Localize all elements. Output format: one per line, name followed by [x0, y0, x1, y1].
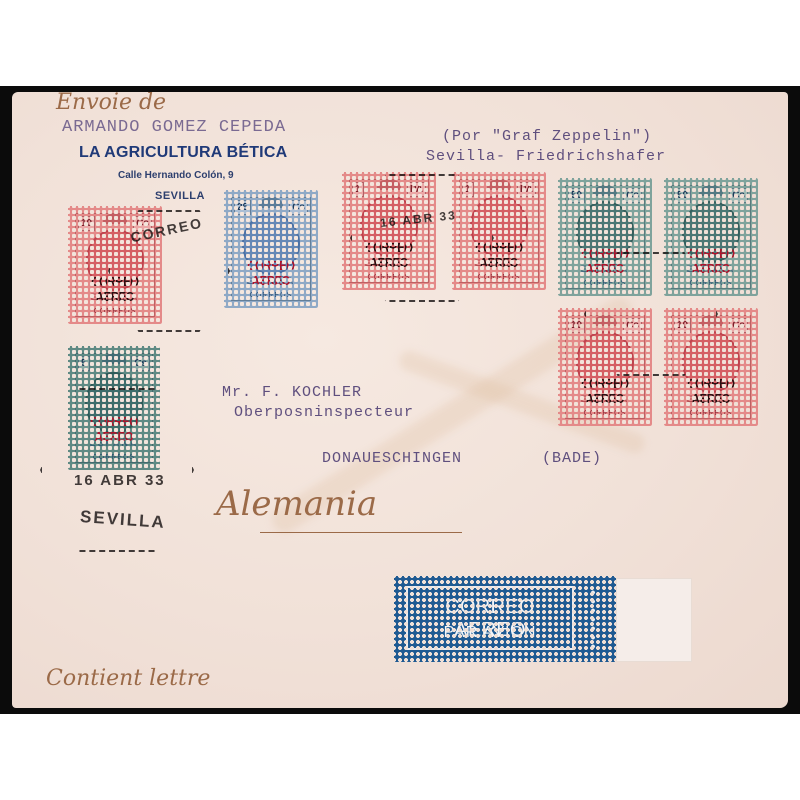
recipient-name: Mr. F. KOCHLER: [222, 384, 362, 401]
handwritten-country: Alemania: [216, 484, 377, 524]
stamp-label: CORREOS: [68, 454, 160, 461]
crown-icon: [103, 214, 127, 224]
stamp-unit: Cs: [729, 188, 748, 203]
crown-icon: [593, 186, 617, 196]
crown-icon: [699, 186, 723, 196]
crown-icon: [259, 198, 283, 208]
stamp-overprint: CORREO AEREO: [565, 376, 646, 406]
stamp-overprint: CORREO AEREO: [671, 246, 752, 276]
stamp-10c-red: 10 Cs ESPAÑA CORREOS CORREO AEREO: [68, 206, 162, 324]
stamp-value: 1: [462, 182, 474, 197]
stamp-overprint: CORREO AEREO: [671, 376, 752, 406]
stamp-overprint: CORREO AEREO: [75, 274, 156, 304]
handwritten-envoie-de: Envoie de: [56, 92, 166, 115]
stamp-value: 1: [352, 182, 364, 197]
sender-street: Calle Hernando Colón, 9: [118, 170, 234, 181]
stamp-value: 5: [78, 356, 90, 371]
crown-icon: [102, 354, 126, 364]
stamp-unit: PA: [517, 182, 536, 197]
stamp-value: 50: [568, 188, 585, 203]
recipient-title: Oberposninspecteur: [234, 404, 414, 421]
crown-icon: [487, 180, 511, 190]
sender-city: SEVILLA: [155, 190, 205, 202]
recipient-city: DONAUESCHINGEN: [322, 450, 462, 467]
stamp-50c-green: 50 Cs ESPAÑA CORREOS CORREO AEREO: [558, 178, 652, 296]
stamp-label: CORREOS: [342, 274, 436, 281]
stamp-value: 25: [234, 200, 251, 215]
stamp-value: 10: [568, 318, 585, 333]
route-line-2: Sevilla- Friedrichshafer: [426, 148, 666, 165]
postmark-city: SEVILLA: [79, 507, 166, 533]
stamp-value: 50: [674, 188, 691, 203]
stamp-label: CORREOS: [664, 280, 758, 287]
crown-icon: [699, 316, 723, 326]
airmail-label-frame: CORREO AEREO PAR AVION: [406, 586, 574, 650]
stamp-10c-red: 10 Cs ESPAÑA CORREOS CORREO AEREO: [558, 308, 652, 426]
stamp-overprint: CORREO AEREO: [565, 246, 646, 276]
airmail-label-line-2: PAR AVION: [408, 624, 572, 642]
stamp-unit: Cs: [131, 356, 150, 371]
stamp-5c-teal: 5 Cs ESPAÑA CORREOS CORREO AEREO: [68, 346, 160, 470]
crown-icon: [593, 316, 617, 326]
airmail-label: CORREO AEREO PAR AVION: [394, 576, 616, 662]
stamp-unit: Cs: [623, 318, 642, 333]
stamp-label: CORREOS: [68, 308, 162, 315]
stamp-label: CORREOS: [224, 292, 318, 299]
stamp-label: CORREOS: [664, 410, 758, 417]
stamp-value: 10: [78, 216, 95, 231]
stamp-label: CORREOS: [558, 280, 652, 287]
stamp-label: CORREOS: [452, 274, 546, 281]
stamp-unit: PA: [407, 182, 426, 197]
stamp-1pta-red: 1 PA ESPAÑA CORREOS CORREO AEREO: [342, 172, 436, 290]
stamp-value: 10: [674, 318, 691, 333]
stamp-overprint: CORREO AEREO: [459, 240, 540, 270]
crown-icon: [377, 180, 401, 190]
stamp-50c-green: 50 Cs ESPAÑA CORREOS CORREO AEREO: [664, 178, 758, 296]
stamp-overprint: CORREO AEREO: [231, 258, 312, 288]
handwritten-contient-lettre: Contient lettre: [46, 666, 210, 691]
perforation-dots: [591, 588, 595, 650]
stamp-unit: Cs: [729, 318, 748, 333]
stamp-unit: Cs: [623, 188, 642, 203]
postmark-date: 16 ABR 33: [74, 472, 166, 489]
stamp-25c-blue: 25 Cs ESPAÑA CORREOS CORREO AEREO: [224, 190, 318, 308]
recipient-region: (BADE): [542, 450, 602, 467]
stamp-overprint: CORREO AEREO: [349, 240, 430, 270]
country-underline: [260, 532, 462, 533]
label-selvage: [616, 578, 692, 662]
stamp-label: CORREOS: [558, 410, 652, 417]
route-line-1: (Por "Graf Zeppelin"): [442, 128, 652, 145]
stamp-1pta-red: 1 PA ESPAÑA CORREOS CORREO AEREO: [452, 172, 546, 290]
sender-name: ARMANDO GOMEZ CEPEDA: [62, 118, 286, 137]
sender-company: LA AGRICULTURA BÉTICA: [79, 144, 287, 162]
stamp-unit: Cs: [289, 200, 308, 215]
stamp-overprint: CORREO AEREO: [74, 414, 153, 444]
stamp-10c-red: 10 Cs ESPAÑA CORREOS CORREO AEREO: [664, 308, 758, 426]
envelope: Envoie de ARMANDO GOMEZ CEPEDA LA AGRICU…: [12, 92, 788, 708]
